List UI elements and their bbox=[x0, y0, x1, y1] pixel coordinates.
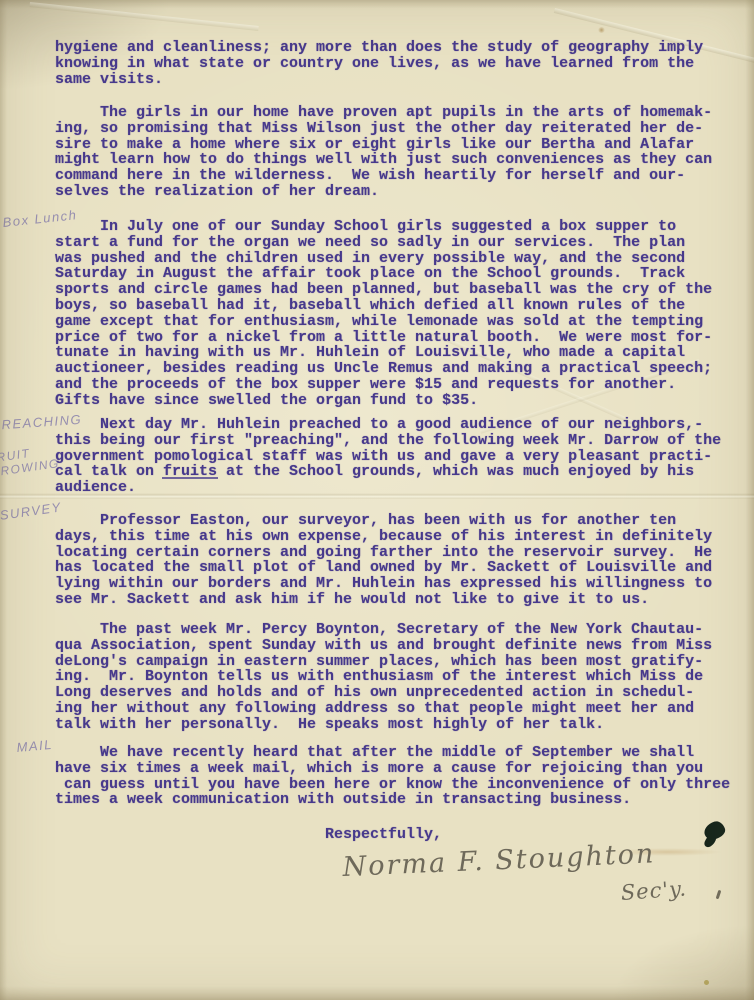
signature-name: Norma F. Stoughton bbox=[342, 838, 656, 883]
paragraph-3-box-supper: In July one of our Sunday School girls s… bbox=[55, 219, 745, 409]
margin-note-fruit-growing: FRUIT GROWING bbox=[0, 443, 61, 480]
paragraph-2: The girls in our home have proven apt pu… bbox=[55, 105, 745, 200]
paper-stain-speck-bottom bbox=[704, 980, 709, 985]
paragraph-4-preaching: Next day Mr. Huhlein preached to a good … bbox=[55, 417, 745, 496]
paragraph-5-survey: Professor Easton, our surveyor, has been… bbox=[55, 513, 745, 608]
pencil-tick-mark bbox=[716, 890, 721, 899]
closing-respectfully: Respectfully, bbox=[325, 827, 442, 843]
paragraph-6-boynton: The past week Mr. Percy Boynton, Secreta… bbox=[55, 622, 745, 733]
letter-page: hygiene and cleanliness; any more than d… bbox=[0, 0, 754, 1000]
paragraph-7-mail: We have recently heard that after the mi… bbox=[55, 745, 745, 808]
margin-note-mail: MAIL bbox=[16, 738, 53, 755]
signature-title: Sec'y. bbox=[620, 876, 688, 905]
paper-stain-speck-top bbox=[598, 27, 605, 33]
paragraph-1: hygiene and cleanliness; any more than d… bbox=[55, 40, 745, 87]
fruits-underline bbox=[162, 477, 218, 479]
margin-note-survey: SURVEY bbox=[0, 500, 63, 522]
paper-crease-top bbox=[29, 2, 258, 31]
